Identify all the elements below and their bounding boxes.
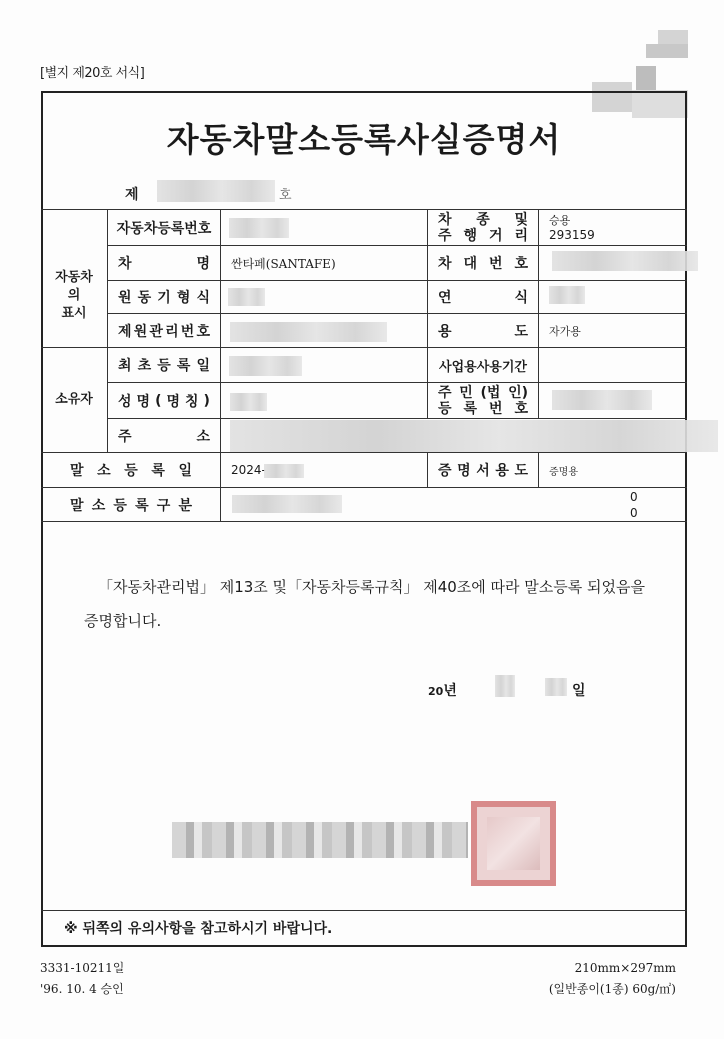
- section-vehicle-display: 자동차 의 표시: [41, 245, 107, 347]
- value-address-redacted: [230, 420, 718, 452]
- form-approval-date: '96. 10. 4 승인: [40, 979, 124, 1000]
- value-vehicle-type-mileage: 승용 293159: [539, 210, 687, 245]
- day-char: 일: [572, 680, 586, 700]
- value-model-year-redacted: [549, 286, 585, 304]
- value-engine-type-redacted: [228, 288, 265, 306]
- table-line: [41, 521, 687, 522]
- value-deregistration-type-redacted: [232, 495, 342, 513]
- value-usage: 자가용: [539, 314, 687, 347]
- value-first-registration-redacted: [229, 356, 302, 376]
- value-registration-number-redacted: [229, 218, 289, 238]
- statement-line-2: 증명합니다.: [84, 604, 674, 638]
- paper-type: (일반종이(1종) 60g/㎡): [549, 979, 676, 1000]
- value-business-period: [539, 348, 687, 382]
- value-resident-number-redacted: [552, 390, 652, 410]
- form-code: [별지 제20호 서식]: [40, 62, 144, 81]
- notice-text: ※ 뒤쪽의 유의사항을 참고하시기 바랍니다.: [64, 918, 332, 938]
- code-line: 0: [630, 489, 638, 505]
- label-certificate-purpose: 증명서용도: [428, 453, 538, 487]
- code-line: 0: [630, 505, 638, 521]
- label-vin: 차대번호: [428, 246, 538, 280]
- label-address: 주소: [108, 419, 220, 452]
- section-label-line: 표시: [55, 305, 93, 323]
- form-approval-number: 3331-10211일: [40, 958, 124, 979]
- label-registration-number: 자동차등록번호: [108, 210, 220, 245]
- value-vin-redacted: [552, 251, 698, 271]
- label-first-registration: 최초등록일: [108, 348, 220, 382]
- label-resident-number: 주민(법인) 등록번호: [428, 383, 538, 418]
- value-owner-name-redacted: [230, 393, 267, 411]
- section-label-line: 자동차: [55, 269, 93, 287]
- notice-divider: [41, 910, 687, 911]
- statement-line-1: 「자동차관리법」 제13조 및「자동차등록규칙」 제40조에 따라 말소등록 되…: [84, 570, 674, 604]
- document-number-suffix: 호: [279, 184, 292, 203]
- paper-size: 210mm×297mm: [549, 958, 676, 979]
- label-spec-number: 제원관리번호: [108, 314, 220, 347]
- issue-date: 20년: [428, 680, 457, 700]
- label-usage: 용도: [428, 314, 538, 347]
- value-vehicle-type: 승용: [549, 213, 570, 228]
- label-engine-type: 원동기형식: [108, 281, 220, 313]
- label-vehicle-name: 차명: [108, 246, 220, 280]
- section-owner: 소유자: [41, 347, 107, 452]
- value-deregistration-date-redacted: [264, 464, 304, 478]
- document-number-redacted: [157, 180, 275, 202]
- certification-statement: 「자동차관리법」 제13조 및「자동차등록규칙」 제40조에 따라 말소등록 되…: [84, 570, 674, 638]
- value-vehicle-name: 싼타페(SANTAFE): [221, 246, 427, 280]
- document-title: 자동차말소등록사실증명서: [41, 114, 687, 161]
- value-mileage: 293159: [549, 228, 595, 243]
- label-owner-name: 성명(명칭): [108, 383, 220, 418]
- label-deregistration-type: 말소등록구분: [42, 488, 220, 521]
- issue-day-redacted: [545, 678, 567, 696]
- year-prefix: 20: [428, 685, 443, 698]
- year-char: 년: [443, 683, 457, 699]
- footer-right: 210mm×297mm (일반종이(1종) 60g/㎡): [549, 958, 676, 1000]
- label-business-period: 사업용사용기간: [428, 348, 538, 382]
- value-spec-number-redacted: [230, 322, 387, 342]
- issuer-name-redacted: [172, 822, 468, 858]
- section-label-line: 의: [55, 287, 93, 305]
- footer-left: 3331-10211일 '96. 10. 4 승인: [40, 958, 124, 1000]
- value-certificate-purpose: 증명용: [539, 453, 687, 487]
- document-number-prefix: 제: [125, 184, 139, 204]
- deregistration-type-codes: 0 0: [630, 489, 638, 521]
- label-model-year: 연식: [428, 281, 538, 313]
- label-vehicle-type-mileage: 차종및 주행거리: [428, 210, 538, 245]
- issue-month-redacted: [495, 675, 515, 697]
- label-deregistration-date: 말소등록일: [42, 453, 220, 487]
- official-seal: [471, 801, 556, 886]
